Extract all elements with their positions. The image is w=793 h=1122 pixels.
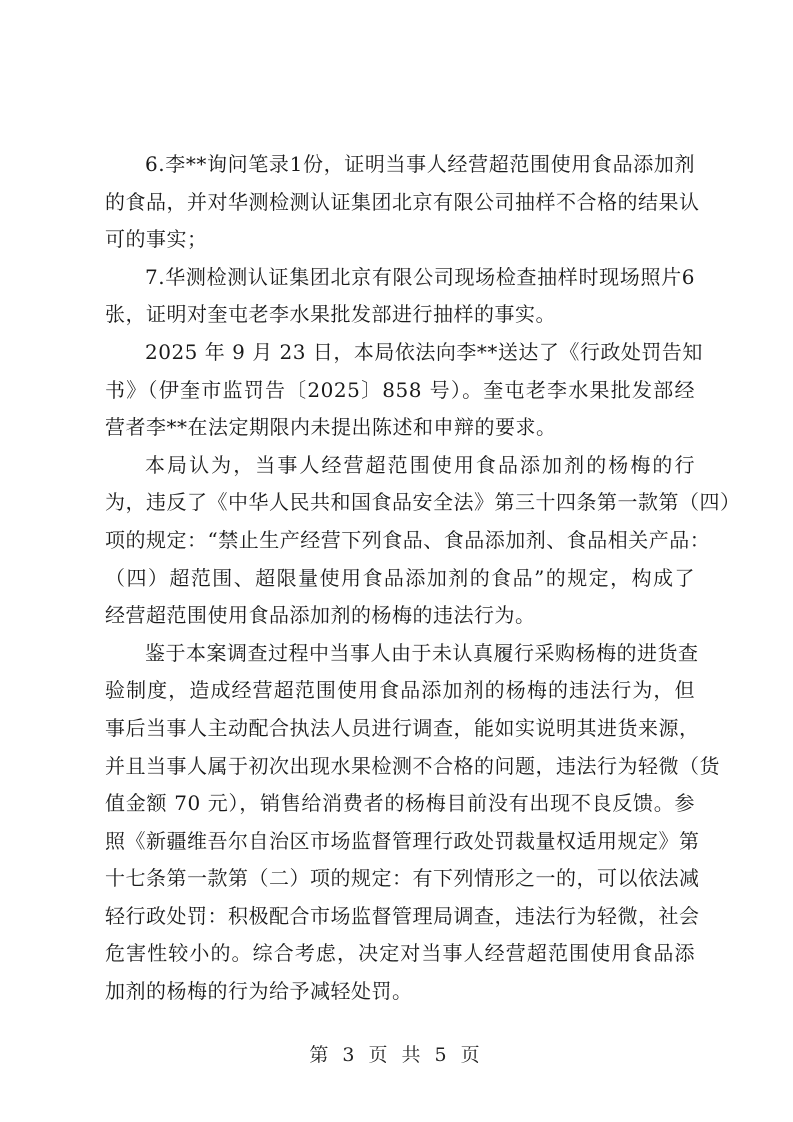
text-line: 为，违反了《中华人民共和国食品安全法》第三十四条第一款第（四） — [105, 484, 695, 522]
text-line: 7.华测检测认证集团北京有限公司现场检查抽样时现场照片6 — [105, 259, 695, 297]
text-line: 6.李**询问笔录1份，证明当事人经营超范围使用食品添加剂 — [105, 146, 695, 184]
text-line: 危害性较小的。综合考虑，决定对当事人经营超范围使用食品添 — [105, 935, 695, 973]
text-line: 书》（伊奎市监罚告〔2025〕858 号）。奎屯老李水果批发部经 — [105, 372, 695, 410]
text-line: 鉴于本案调查过程中当事人由于未认真履行采购杨梅的进货查 — [105, 635, 695, 673]
text-line: 经营超范围使用食品添加剂的杨梅的违法行为。 — [105, 597, 695, 635]
page-number-footer: 第 3 页 共 5 页 — [0, 1040, 793, 1067]
paragraph-mitigation: 鉴于本案调查过程中当事人由于未认真履行采购杨梅的进货查 验制度，造成经营超范围使… — [105, 635, 695, 1011]
paragraph-evidence-7: 7.华测检测认证集团北京有限公司现场检查抽样时现场照片6 张，证明对奎屯老李水果… — [105, 259, 695, 334]
text-line: （四）超范围、超限量使用食品添加剂的食品”的规定，构成了 — [105, 560, 695, 598]
paragraph-bureau-finding: 本局认为，当事人经营超范围使用食品添加剂的杨梅的行 为，违反了《中华人民共和国食… — [105, 447, 695, 635]
text-line: 本局认为，当事人经营超范围使用食品添加剂的杨梅的行 — [105, 447, 695, 485]
text-line: 验制度，造成经营超范围使用食品添加剂的杨梅的违法行为，但 — [105, 672, 695, 710]
text-line: 十七条第一款第（二）项的规定：有下列情形之一的，可以依法减 — [105, 860, 695, 898]
paragraph-evidence-6: 6.李**询问笔录1份，证明当事人经营超范围使用食品添加剂 的食品，并对华测检测… — [105, 146, 695, 259]
text-line: 加剂的杨梅的行为给予减轻处罚。 — [105, 973, 695, 1011]
text-line: 可的事实； — [105, 221, 695, 259]
text-line: 事后当事人主动配合执法人员进行调查，能如实说明其进货来源， — [105, 710, 695, 748]
text-line: 的食品，并对华测检测认证集团北京有限公司抽样不合格的结果认 — [105, 184, 695, 222]
text-line: 项的规定：“禁止生产经营下列食品、食品添加剂、食品相关产品： — [105, 522, 695, 560]
text-line: 并且当事人属于初次出现水果检测不合格的问题，违法行为轻微（货 — [105, 748, 695, 786]
paragraph-notice-served: 2025 年 9 月 23 日，本局依法向李**送达了《行政处罚告知 书》（伊奎… — [105, 334, 695, 447]
text-line: 值金额 70 元），销售给消费者的杨梅目前没有出现不良反馈。参 — [105, 785, 695, 823]
document-body: 6.李**询问笔录1份，证明当事人经营超范围使用食品添加剂 的食品，并对华测检测… — [105, 146, 695, 1011]
text-line: 照《新疆维吾尔自治区市场监督管理行政处罚裁量权适用规定》第 — [105, 823, 695, 861]
text-line: 张，证明对奎屯老李水果批发部进行抽样的事实。 — [105, 296, 695, 334]
document-page: 6.李**询问笔录1份，证明当事人经营超范围使用食品添加剂 的食品，并对华测检测… — [0, 0, 793, 1122]
text-line: 营者李**在法定期限内未提出陈述和申辩的要求。 — [105, 409, 695, 447]
text-line: 2025 年 9 月 23 日，本局依法向李**送达了《行政处罚告知 — [105, 334, 695, 372]
text-line: 轻行政处罚：积极配合市场监督管理局调查，违法行为轻微，社会 — [105, 898, 695, 936]
